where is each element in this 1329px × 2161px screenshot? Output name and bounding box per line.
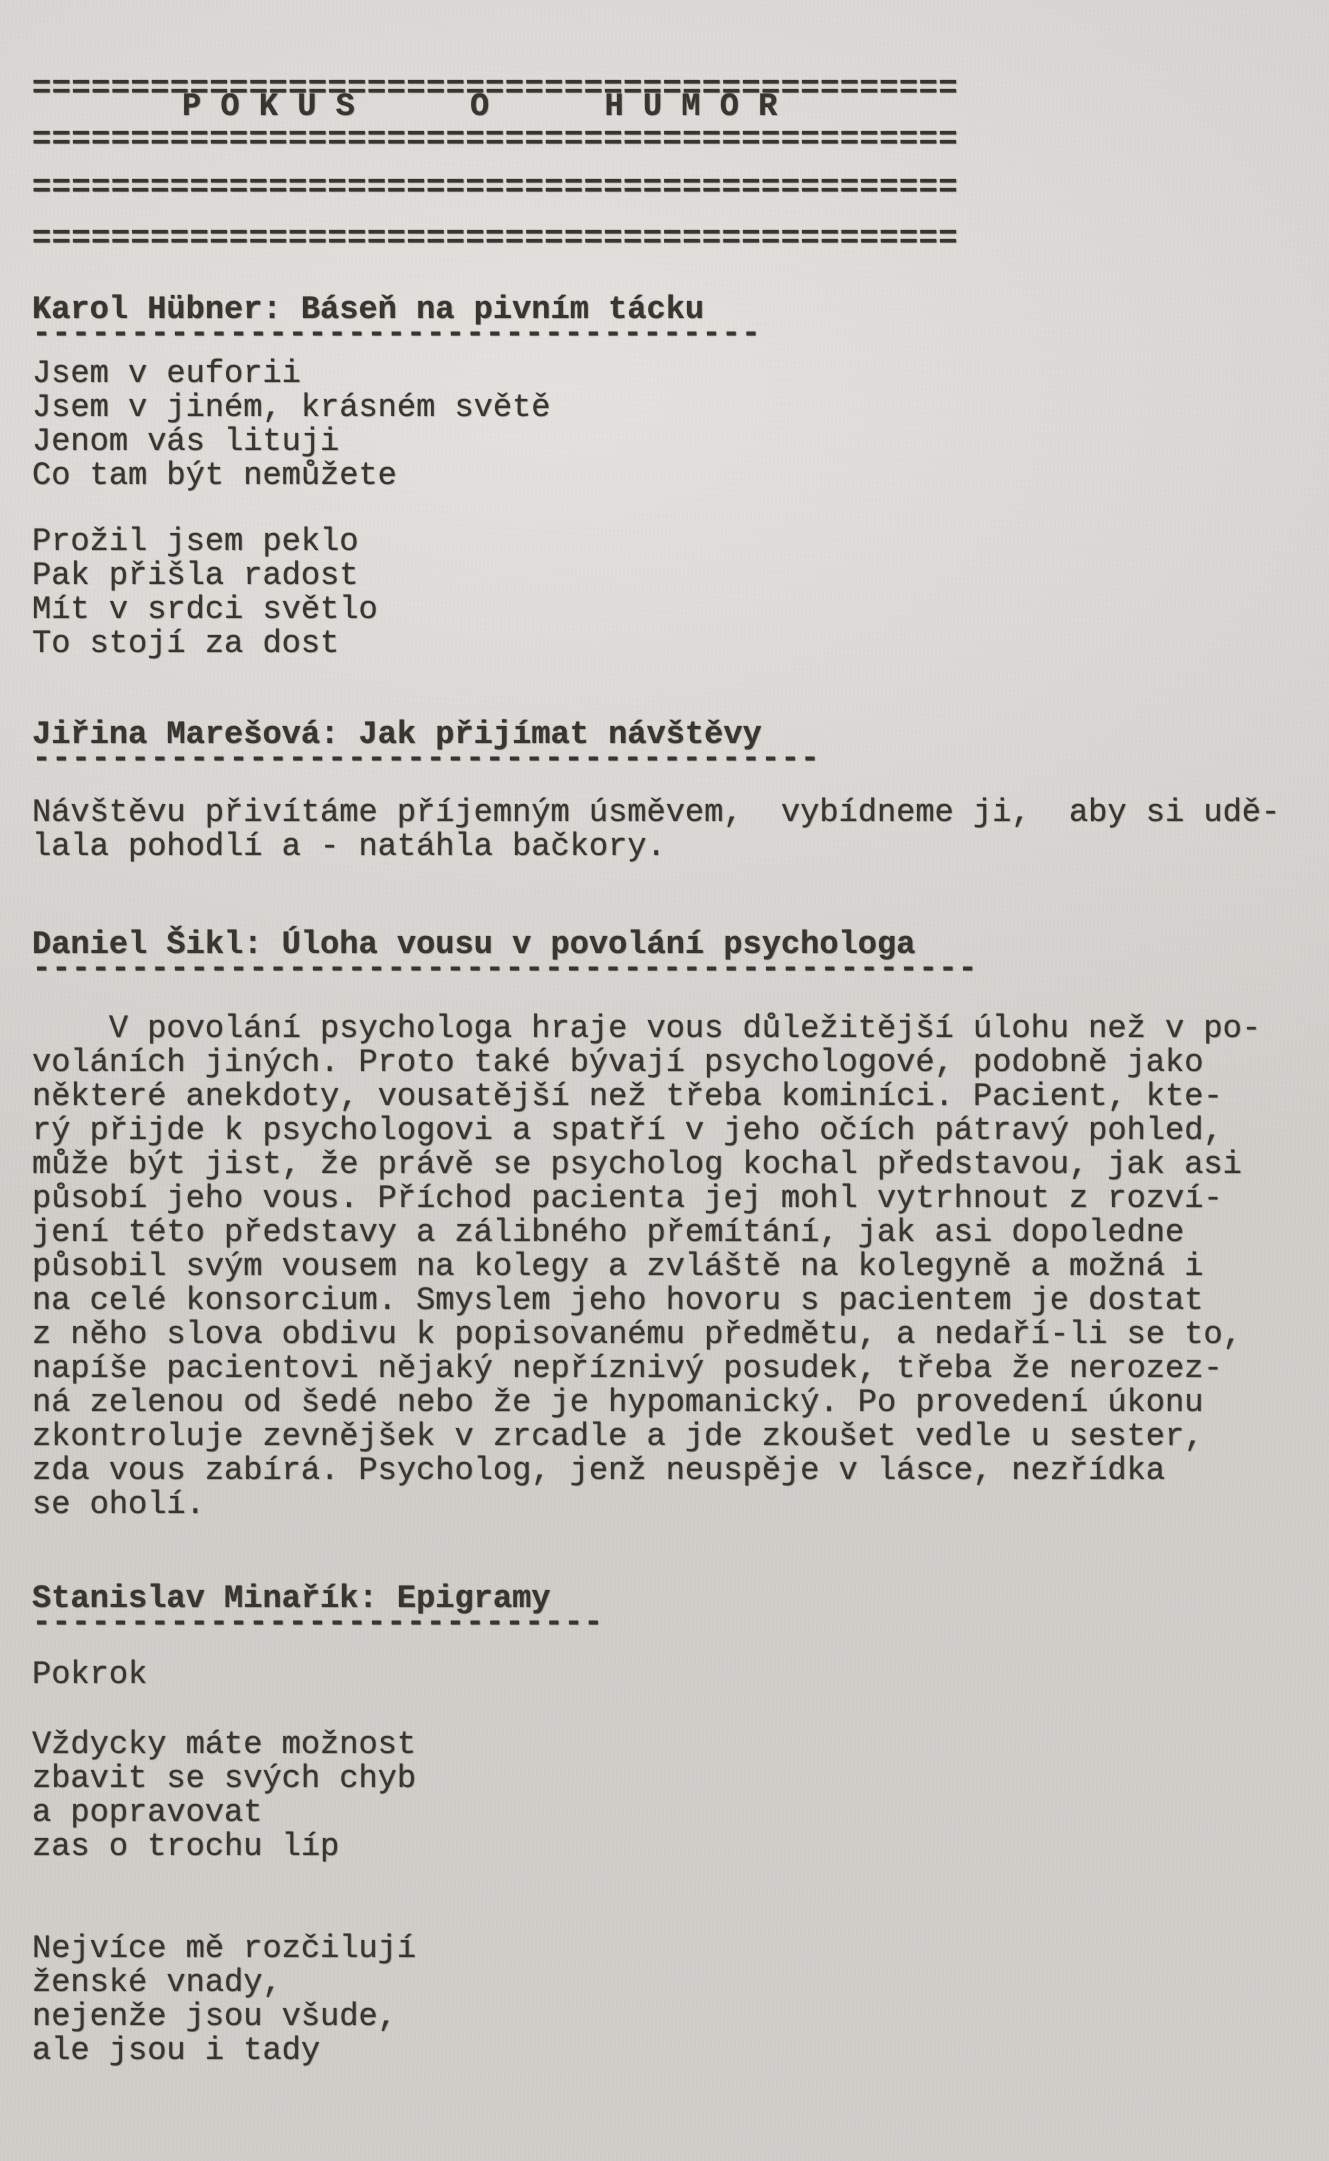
paragraph: Návštěvu přivítáme příjemným úsměvem, vy… <box>32 796 1319 864</box>
epigram-title: Pokrok <box>32 1658 1319 1692</box>
page-title: P O K U S O H U M O R <box>182 90 1319 124</box>
heading-underline: ---------------------------------------- <box>32 742 1319 776</box>
heading-underline: ----------------------------------------… <box>32 952 1319 986</box>
poem-stanza: Vždycky máte možnost zbavit se svých chy… <box>32 1728 1319 1864</box>
poem-stanza: Nejvíce mě rozčilují ženské vnady, nejen… <box>32 1932 1319 2068</box>
heading-underline: ------------------------------------- <box>32 317 1319 351</box>
poem-stanza: Jsem v euforii Jsem v jiném, krásném svě… <box>32 357 1319 493</box>
typewritten-page: ========================================… <box>32 46 1319 2068</box>
section-hubner-poem: Karol Hübner: Báseň na pivním tácku ----… <box>32 293 1319 661</box>
rule-line: ========================================… <box>32 230 1319 247</box>
poem-stanza: Prožil jsem peklo Pak přišla radost Mít … <box>32 525 1319 661</box>
section-minarik-epigrams: Stanislav Minařík: Epigramy ------------… <box>32 1582 1319 2068</box>
section-maresova: Jiřina Marešová: Jak přijímat návštěvy -… <box>32 718 1319 864</box>
rule-line: ========================================… <box>32 179 1319 196</box>
paragraph: V povolání psychologa hraje vous důležit… <box>32 1012 1319 1522</box>
section-sikl: Daniel Šikl: Úloha vousu v povolání psyc… <box>32 928 1319 1522</box>
heading-underline: ----------------------------- <box>32 1606 1319 1640</box>
double-rule-top: ========================================… <box>32 46 1319 80</box>
